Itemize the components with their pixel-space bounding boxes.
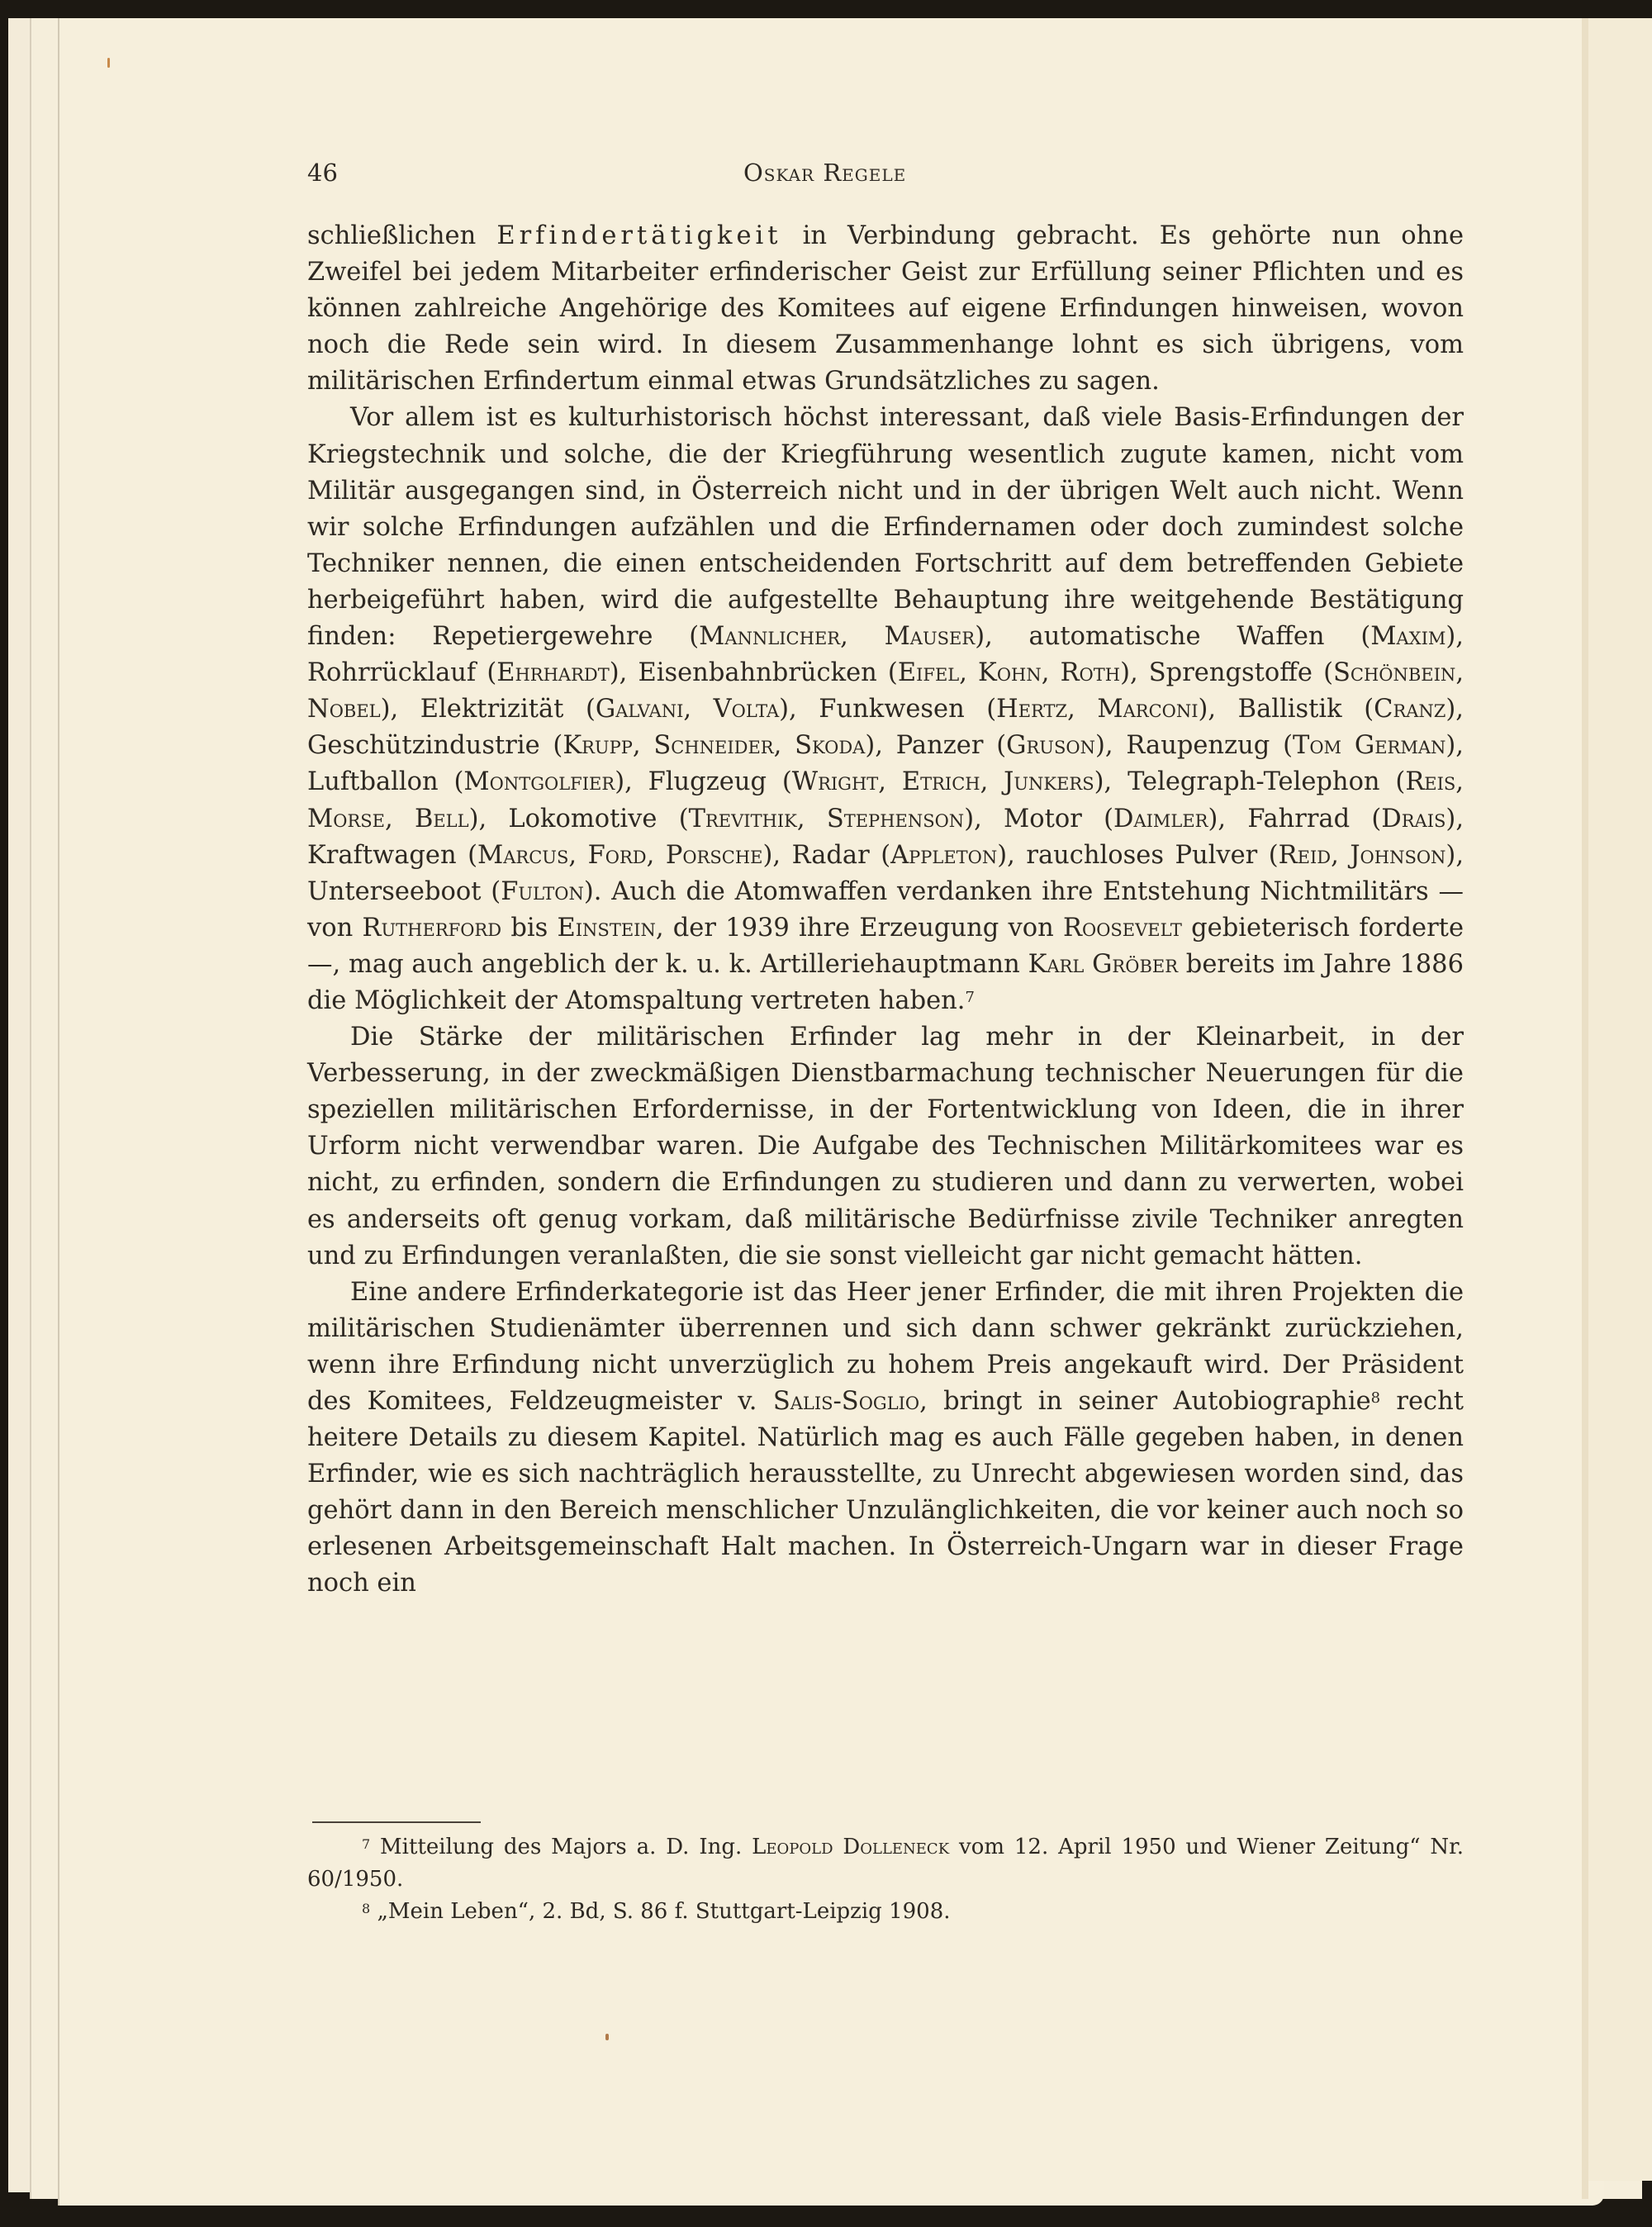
text-run: , [774,731,795,760]
emphasized-term: Erfindertätigkeit [496,221,781,250]
text-run: ), Fahrrad ( [1208,805,1382,833]
proper-name: Etrich [902,767,980,796]
paper-speck [107,58,110,68]
proper-name: Appleton [890,841,997,870]
footnote-marker: 8 [362,1901,370,1916]
text-run: ), Flugzeug ( [615,767,792,796]
proper-name: Nobel [307,695,381,724]
proper-name: Morse [307,805,385,833]
text-run: bis [501,914,557,943]
text-run: , [1067,695,1097,724]
proper-name: Mauser [885,622,976,651]
proper-name: Tom German [1293,731,1445,760]
footnote-marker: 7 [966,989,975,1006]
text-run: ), Motor ( [964,805,1113,833]
text-run: , [647,841,666,870]
proper-name: Marcus [477,841,568,870]
text-run: ), automatische Waffen ( [975,622,1370,651]
paragraph: schließlichen Erfindertätigkeit in Verbi… [307,218,1464,400]
text-run: ), Lokomotive ( [469,805,689,833]
proper-name: Fulton [501,877,584,906]
text-run: , bringt in seiner Autobiographie [919,1387,1370,1416]
footnote-marker: 7 [362,1836,370,1852]
text-run: ), Panzer ( [865,731,1006,760]
text-run: ), Telegraph-Telephon ( [1094,767,1406,796]
running-header: 46 Oskar Regele [307,159,1464,192]
text-run: ), Funkwesen ( [779,695,996,724]
proper-name: Cranz [1374,695,1445,724]
footnote-marker: 8 [1371,1389,1380,1407]
text-run: , [1042,658,1061,687]
proper-name: Hertz [996,695,1067,724]
proper-name: Schneider [653,731,773,760]
footnote-separator [312,1821,481,1823]
proper-name: Eifel [898,658,959,687]
text-run: „Mein Leben“, 2. Bd, S. 86 f. Stuttgart-… [370,1899,950,1924]
text-run: ), Radar ( [762,841,890,870]
text-run: recht heitere Details zu diesem Kapitel.… [307,1387,1464,1598]
proper-name: Montgolfier [463,767,615,796]
proper-name: Skoda [795,731,865,760]
paragraph: Vor allem ist es kulturhistorisch höchst… [307,400,1464,1019]
body-text: schließlichen Erfindertätigkeit in Verbi… [307,218,1464,1603]
proper-name: Daimler [1113,805,1208,833]
text-run: Vor allem ist es kulturhistorisch höchst… [307,403,1464,651]
proper-name: Drais [1381,805,1445,833]
proper-name: Maxim [1370,622,1445,651]
proper-name: Johnson [1350,841,1445,870]
running-title: Oskar Regele [743,159,906,187]
page-fold [1582,18,1588,2199]
proper-name: Trevithik [689,805,797,833]
proper-name: Galvani [596,695,684,724]
text-run: , [1455,767,1464,796]
paragraph: Eine andere Erfinderkategorie ist das He… [307,1275,1464,1603]
proper-name: Ford [588,841,647,870]
footnotes: 7 Mitteilung des Majors a. D. Ing. Leopo… [307,1831,1464,1928]
text-run: , [1331,841,1350,870]
proper-name: Einstein [558,914,656,943]
text-run: , [385,805,415,833]
proper-name: Schönbein [1333,658,1455,687]
text-run: , [797,805,827,833]
text-run: ), Sprengstoffe ( [1120,658,1333,687]
facing-page-strip [1588,18,1652,2181]
text-run: , [878,767,902,796]
proper-name: Junkers [1004,767,1094,796]
text-run: , der 1939 ihre Erzeugung von [656,914,1063,943]
proper-name: Wright [792,767,879,796]
proper-name: Kohn [978,658,1042,687]
text-run: , [683,695,713,724]
proper-name: Mannlicher [699,622,840,651]
proper-name: Rutherford [363,914,502,943]
proper-name: Roosevelt [1063,914,1182,943]
proper-name: Reis [1405,767,1455,796]
text-run: , [959,658,978,687]
proper-name: Bell [415,805,469,833]
text-run: Mitteilung des Majors a. D. Ing. [370,1835,752,1859]
proper-name: Krupp [563,731,633,760]
footnote: 8 „Mein Leben“, 2. Bd, S. 86 f. Stuttgar… [307,1896,1464,1928]
text-run: schließlichen [307,221,496,250]
proper-name: Reid [1279,841,1331,870]
text-run: , [840,622,884,651]
text-run: , [1455,658,1464,687]
proper-name: Volta [714,695,780,724]
footnote: 7 Mitteilung des Majors a. D. Ing. Leopo… [307,1831,1464,1896]
paper-speck [605,2034,609,2040]
text-run: ), Elektrizität ( [381,695,596,724]
text-run: ), Eisenbahnbrücken ( [610,658,898,687]
proper-name: Ehrhardt [496,658,610,687]
proper-name: Roth [1061,658,1121,687]
page-number: 46 [307,159,338,187]
text-run: ), Raupenzug ( [1095,731,1293,760]
text-run: , [633,731,653,760]
text-run: ), Ballistik ( [1199,695,1374,724]
text-run: ), rauchloses Pulver ( [997,841,1278,870]
proper-name: Porsche [666,841,763,870]
proper-name: Karl Gröber [1028,950,1178,979]
paragraph: Die Stärke der militärischen Erfinder la… [307,1019,1464,1275]
text-run: , [568,841,587,870]
text-run: Die Stärke der militärischen Erfinder la… [307,1023,1464,1270]
proper-name: Stephenson [827,805,964,833]
proper-name: Leopold Dolleneck [752,1835,949,1859]
proper-name: Marconi [1097,695,1198,724]
proper-name: Salis-Soglio [773,1387,919,1416]
proper-name: Gruson [1006,731,1095,760]
text-run: , [980,767,1004,796]
